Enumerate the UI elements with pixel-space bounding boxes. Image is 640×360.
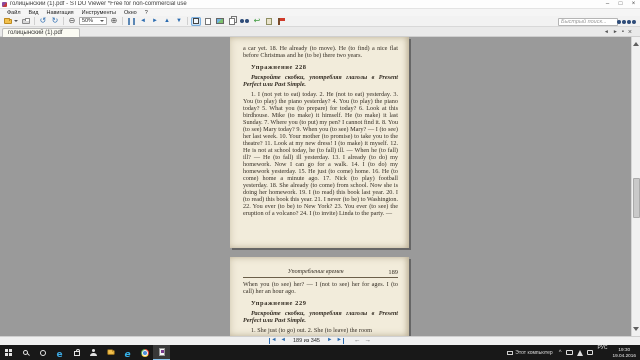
notifications-tray-button[interactable] xyxy=(587,345,593,360)
vertical-scrollbar[interactable] xyxy=(631,37,640,336)
magnifier-icon xyxy=(23,350,28,355)
chrome-button[interactable] xyxy=(136,345,153,360)
maximize-button[interactable]: □ xyxy=(614,0,627,8)
prev-page-toolbar-button[interactable] xyxy=(138,17,148,26)
find-button[interactable] xyxy=(239,17,250,26)
statusbar: 189 из 345 xyxy=(0,336,640,345)
binoculars-icon xyxy=(240,19,249,24)
page-down-button[interactable] xyxy=(174,17,184,26)
back-view-button[interactable] xyxy=(252,17,262,26)
tab-close-icon[interactable] xyxy=(628,29,632,36)
person-icon xyxy=(90,349,97,356)
first-page-button[interactable] xyxy=(269,338,276,344)
folder-icon xyxy=(107,350,114,355)
tray-expand-icon[interactable] xyxy=(559,345,562,360)
stdu-viewer-taskbar-button[interactable] xyxy=(153,345,170,360)
monitor-icon xyxy=(566,350,573,355)
close-button[interactable]: × xyxy=(627,0,640,8)
taskbar: Этот компьютер РУС 19:30 19.04.2016 xyxy=(0,345,640,360)
zoom-out-button[interactable] xyxy=(67,17,77,26)
next-page-button[interactable] xyxy=(327,338,332,344)
toolbar-separator xyxy=(63,17,64,25)
page2-paragraph: When you (to see) her? — I (not to see) … xyxy=(243,281,398,295)
toolbar-separator xyxy=(122,17,123,25)
windows-logo-icon xyxy=(5,349,12,356)
zoom-dropdown-icon xyxy=(100,20,104,24)
menu-item-file[interactable]: Файл xyxy=(3,10,25,16)
toolbar-separator xyxy=(34,17,35,25)
tab-label: голицынский (1).pdf xyxy=(8,30,63,36)
tab-scroll-left-icon[interactable] xyxy=(604,30,609,35)
menu-item-view[interactable]: Вид xyxy=(25,10,43,16)
exercise-228-heading: Упражнение 228 xyxy=(243,64,398,71)
menu-item-help[interactable]: ? xyxy=(141,10,152,16)
running-title: Употребление времен xyxy=(243,269,388,276)
search-all-button[interactable] xyxy=(626,18,637,27)
this-pc-toolbar[interactable]: Этот компьютер xyxy=(507,345,552,360)
continuous-layout-button[interactable] xyxy=(126,17,136,26)
scroll-up-icon[interactable] xyxy=(633,39,639,46)
clipboard-icon xyxy=(266,18,272,25)
shopping-bag-icon xyxy=(74,351,80,356)
menubar: Файл Вид Навигация Инструменты Окно ? xyxy=(0,9,640,16)
zoom-level-select[interactable]: 50% xyxy=(79,17,107,25)
ie-icon xyxy=(124,344,130,360)
quick-search-input[interactable] xyxy=(558,18,618,26)
page-position: 189 из 345 xyxy=(290,338,323,344)
exercise-229-heading: Упражнение 229 xyxy=(243,300,398,307)
open-dropdown-icon[interactable] xyxy=(14,20,18,24)
edge-icon xyxy=(56,344,62,360)
zoom-in-button[interactable] xyxy=(109,17,119,26)
scanned-page-189: Употребление времен 189 When you (to see… xyxy=(230,257,409,336)
date-label: 19.04.2016 xyxy=(613,353,636,358)
start-button[interactable] xyxy=(0,345,17,360)
internet-explorer-button[interactable] xyxy=(119,345,136,360)
tab-controls xyxy=(604,28,632,36)
stdu-document-icon xyxy=(159,348,165,356)
tab-list-icon[interactable] xyxy=(622,29,624,35)
tabbar: голицынский (1).pdf xyxy=(0,27,640,37)
red-flag-icon xyxy=(278,18,280,25)
export-image-button[interactable] xyxy=(215,17,225,26)
minimize-button[interactable]: – xyxy=(601,0,614,8)
file-explorer-button[interactable] xyxy=(102,345,119,360)
next-page-toolbar-button[interactable] xyxy=(150,17,160,26)
last-page-button[interactable] xyxy=(336,338,343,344)
printer-icon xyxy=(22,19,30,24)
selection-icon xyxy=(193,18,199,24)
stdu-viewer-window: голицынский (1).pdf - STDU Viewer *Free … xyxy=(0,0,640,360)
this-pc-label: Этот компьютер xyxy=(515,350,552,356)
bookmark-button[interactable] xyxy=(276,17,286,26)
toolbar: 50% xyxy=(0,16,640,27)
computer-icon xyxy=(507,351,513,355)
chrome-icon xyxy=(141,349,149,357)
page-number: 189 xyxy=(388,269,398,276)
rotate-right-button[interactable] xyxy=(50,17,60,26)
rotate-left-button[interactable] xyxy=(38,17,48,26)
search-all-icon xyxy=(627,20,636,25)
menu-item-window[interactable]: Окно xyxy=(120,10,141,16)
paste-button[interactable] xyxy=(264,17,274,26)
open-button[interactable] xyxy=(3,17,19,26)
app-icon xyxy=(2,2,7,7)
page-icon xyxy=(205,18,211,25)
search-icon xyxy=(617,20,626,25)
document-area[interactable]: a car yet. 18. He already (to move). He … xyxy=(0,37,640,336)
taskbar-empty-space xyxy=(170,345,507,360)
page-header: Употребление времен 189 xyxy=(243,269,398,278)
exercise-228-instruction: Раскройте скобки, употребляя глаголы в P… xyxy=(243,74,398,88)
edge-button[interactable] xyxy=(51,345,68,360)
selection-tool-button[interactable] xyxy=(191,17,201,26)
exercise-228-body: 1. I (not yet to eat) today. 2. He (not … xyxy=(243,91,398,217)
network-icon xyxy=(577,350,583,356)
page-up-button[interactable] xyxy=(162,17,172,26)
circle-icon xyxy=(40,350,46,356)
clock[interactable]: 19:30 19.04.2016 xyxy=(613,345,636,360)
exercise-229-body: 1. She just (to go) out. 2. She (to leav… xyxy=(243,327,398,334)
people-button[interactable] xyxy=(85,345,102,360)
scroll-down-icon[interactable] xyxy=(633,327,639,334)
copy-icon xyxy=(229,18,235,25)
copy-button[interactable] xyxy=(227,17,237,26)
scrollbar-thumb[interactable] xyxy=(633,178,640,218)
print-button[interactable] xyxy=(21,17,31,26)
taskbar-search-button[interactable] xyxy=(17,345,34,360)
scanned-page-188: a car yet. 18. He already (to move). He … xyxy=(230,37,409,248)
exercise-229-instruction: Раскройте скобки, употребляя глаголы в P… xyxy=(243,310,398,324)
titlebar: голицынский (1).pdf - STDU Viewer *Free … xyxy=(0,0,640,9)
language-indicator[interactable]: РУС xyxy=(598,345,608,360)
page1-continuation: a car yet. 18. He already (to move). He … xyxy=(243,45,398,59)
export-page-button[interactable] xyxy=(203,17,213,26)
window-title: голицынский (1).pdf - STDU Viewer *Free … xyxy=(10,1,601,7)
history-forward-button[interactable] xyxy=(364,338,371,345)
image-icon xyxy=(216,18,224,24)
task-view-button[interactable] xyxy=(34,345,51,360)
columns-icon xyxy=(128,18,135,25)
menu-item-navigation[interactable]: Навигация xyxy=(42,10,77,16)
tab-document[interactable]: голицынский (1).pdf xyxy=(2,28,80,37)
toolbar-separator xyxy=(187,17,188,25)
action-center-icon xyxy=(587,350,593,355)
prev-page-button[interactable] xyxy=(281,338,286,344)
store-button[interactable] xyxy=(68,345,85,360)
open-folder-icon xyxy=(4,19,12,24)
tab-scroll-right-icon[interactable] xyxy=(613,30,618,35)
zoom-level-value: 50% xyxy=(82,18,93,24)
network-tray-button[interactable] xyxy=(577,345,583,360)
menu-item-tools[interactable]: Инструменты xyxy=(78,10,120,16)
history-back-button[interactable] xyxy=(354,338,361,345)
display-tray-button[interactable] xyxy=(566,345,573,360)
